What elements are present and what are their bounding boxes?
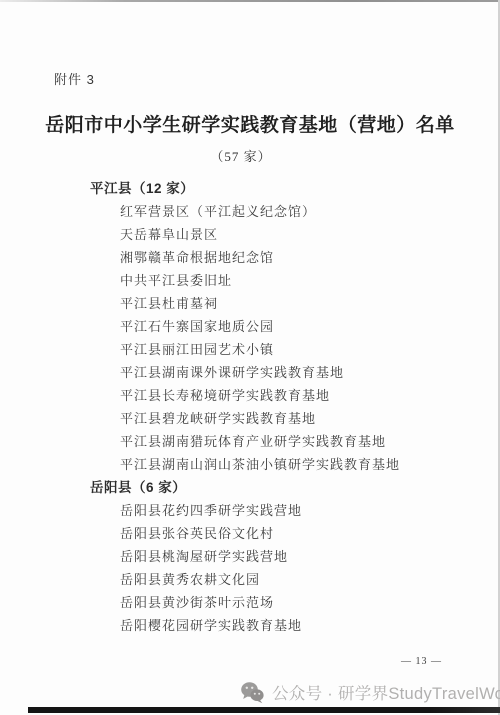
list-item: 平江县碧龙峡研学实践教育基地	[90, 407, 480, 430]
page-number: — 13 —	[401, 656, 442, 667]
section-heading: 岳阳县（6 家）	[90, 476, 480, 499]
list-item: 平江县杜甫墓祠	[90, 292, 480, 315]
list-item: 湘鄂赣革命根据地纪念馆	[90, 246, 480, 269]
list-item: 岳阳县桃淘屋研学实践营地	[90, 545, 480, 568]
document-title: 岳阳市中小学生研学实践教育基地（营地）名单	[0, 110, 500, 137]
list-item: 岳阳樱花园研学实践教育基地	[90, 614, 480, 637]
list-item: 岳阳县黄沙街茶叶示范场	[90, 591, 480, 614]
list-item: 岳阳县花约四季研学实践营地	[90, 499, 480, 522]
list-item: 平江县湖南课外课研学实践教育基地	[90, 361, 480, 384]
watermark-footer: 公众号 · 研学界StudyTravelWorld	[240, 680, 500, 704]
list-item: 红军营景区（平江起义纪念馆）	[90, 200, 480, 223]
document-subtitle: （57 家）	[0, 146, 482, 165]
scan-top-edge	[0, 0, 500, 2]
list-item: 中共平江县委旧址	[90, 269, 480, 292]
list-item: 平江县丽江田园艺术小镇	[90, 338, 480, 361]
sections: 平江县（12 家）红军营景区（平江起义纪念馆）天岳幕阜山景区湘鄂赣革命根据地纪念…	[90, 177, 480, 637]
attachment-label: 附件 3	[54, 69, 95, 88]
list-item: 天岳幕阜山景区	[90, 223, 480, 246]
scan-bottom-bar	[28, 707, 500, 713]
list-item: 平江县湖南山润山茶油小镇研学实践教育基地	[90, 453, 480, 476]
list-item: 岳阳县黄秀农耕文化园	[90, 568, 480, 591]
list-item: 平江县湖南猎玩体育产业研学实践教育基地	[90, 430, 480, 453]
list-item: 岳阳县张谷英民俗文化村	[90, 522, 480, 545]
list-item: 平江县长寿秘境研学实践教育基地	[90, 384, 480, 407]
list-item: 平江石牛寨国家地质公园	[90, 315, 480, 338]
wechat-icon	[240, 681, 265, 704]
section-heading: 平江县（12 家）	[90, 177, 480, 200]
document-page: 附件 3 岳阳市中小学生研学实践教育基地（营地）名单 （57 家） 平江县（12…	[0, 0, 500, 715]
watermark-text: 公众号 · 研学界StudyTravelWorld	[272, 680, 500, 704]
